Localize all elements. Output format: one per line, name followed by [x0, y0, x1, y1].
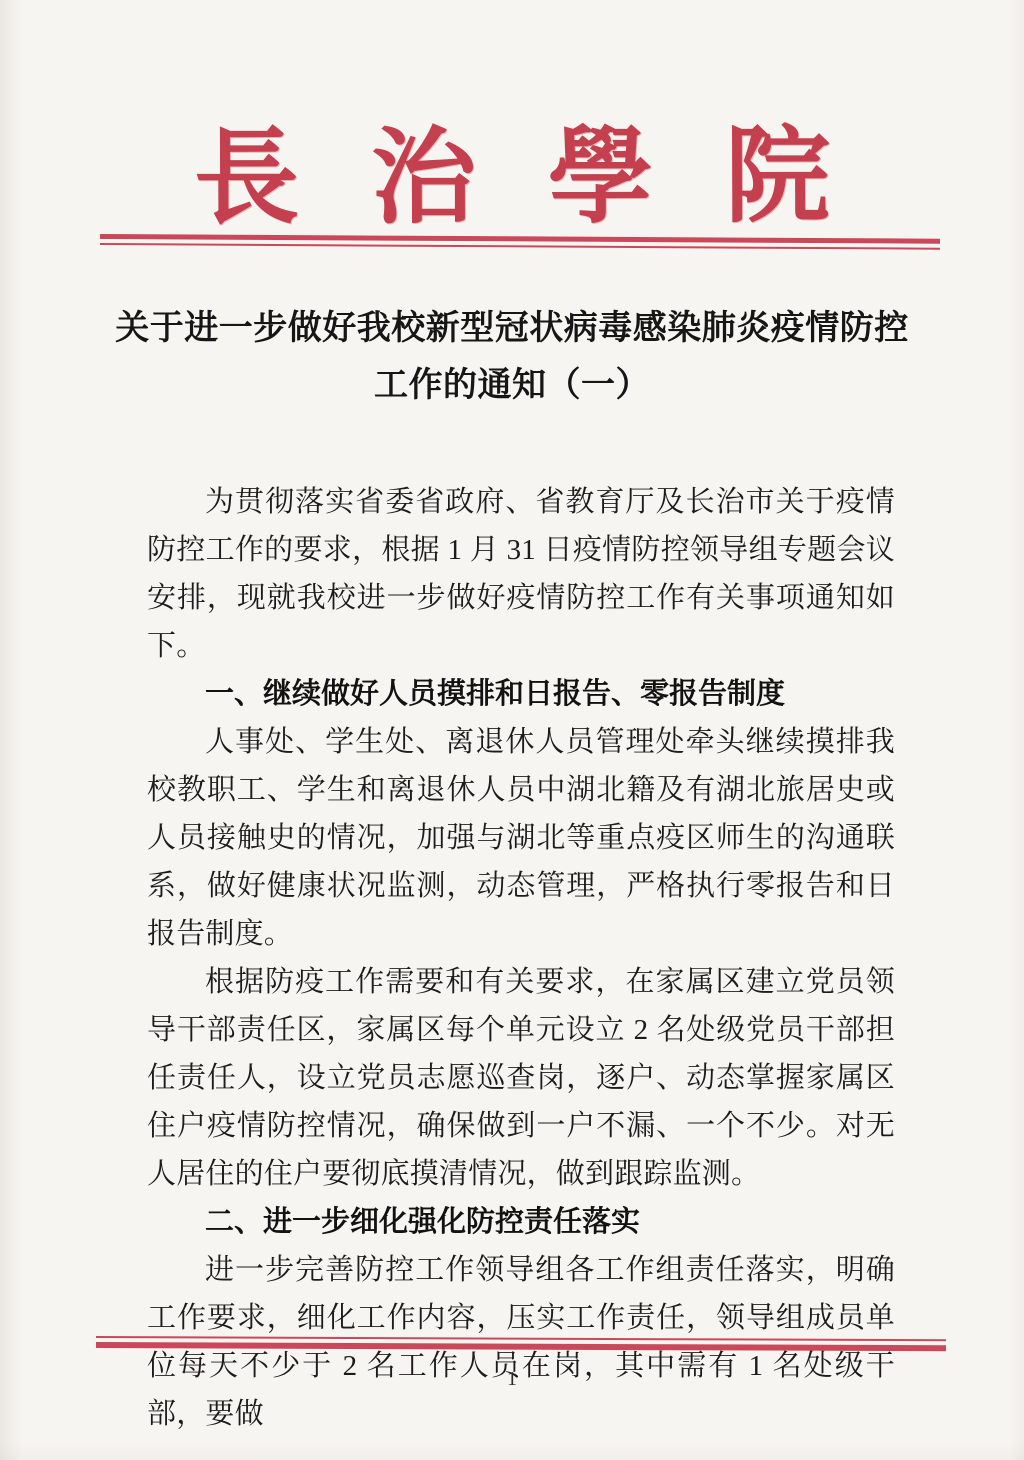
section1-heading: 一、继续做好人员摸排和日报告、零报告制度: [147, 670, 895, 718]
letterhead-school-name: 長治學院: [36, 120, 1024, 236]
document-body: 为贯彻落实省委省政府、省教育厅及长治市关于疫情防控工作的要求，根据 1 月 31…: [147, 478, 895, 1438]
document-title-line1: 关于进一步做好我校新型冠状病毒感染肺炎疫情防控: [62, 300, 962, 357]
page-number: 1: [0, 1368, 1024, 1391]
paragraph-intro: 为贯彻落实省委省政府、省教育厅及长治市关于疫情防控工作的要求，根据 1 月 31…: [147, 478, 895, 670]
document-title: 关于进一步做好我校新型冠状病毒感染肺炎疫情防控 工作的通知（一）: [62, 300, 962, 414]
section1-paragraph-1: 人事处、学生处、离退休人员管理处牵头继续摸排我校教职工、学生和离退休人员中湖北籍…: [147, 718, 895, 958]
section2-heading: 二、进一步细化强化防控责任落实: [147, 1198, 895, 1246]
document-page: 長治學院 关于进一步做好我校新型冠状病毒感染肺炎疫情防控 工作的通知（一） 为贯…: [0, 0, 1024, 1460]
document-title-line2: 工作的通知（一）: [62, 357, 962, 414]
section1-paragraph-2: 根据防疫工作需要和有关要求，在家属区建立党员领导干部责任区，家属区每个单元设立 …: [147, 958, 895, 1198]
letterhead-divider: [100, 234, 940, 250]
